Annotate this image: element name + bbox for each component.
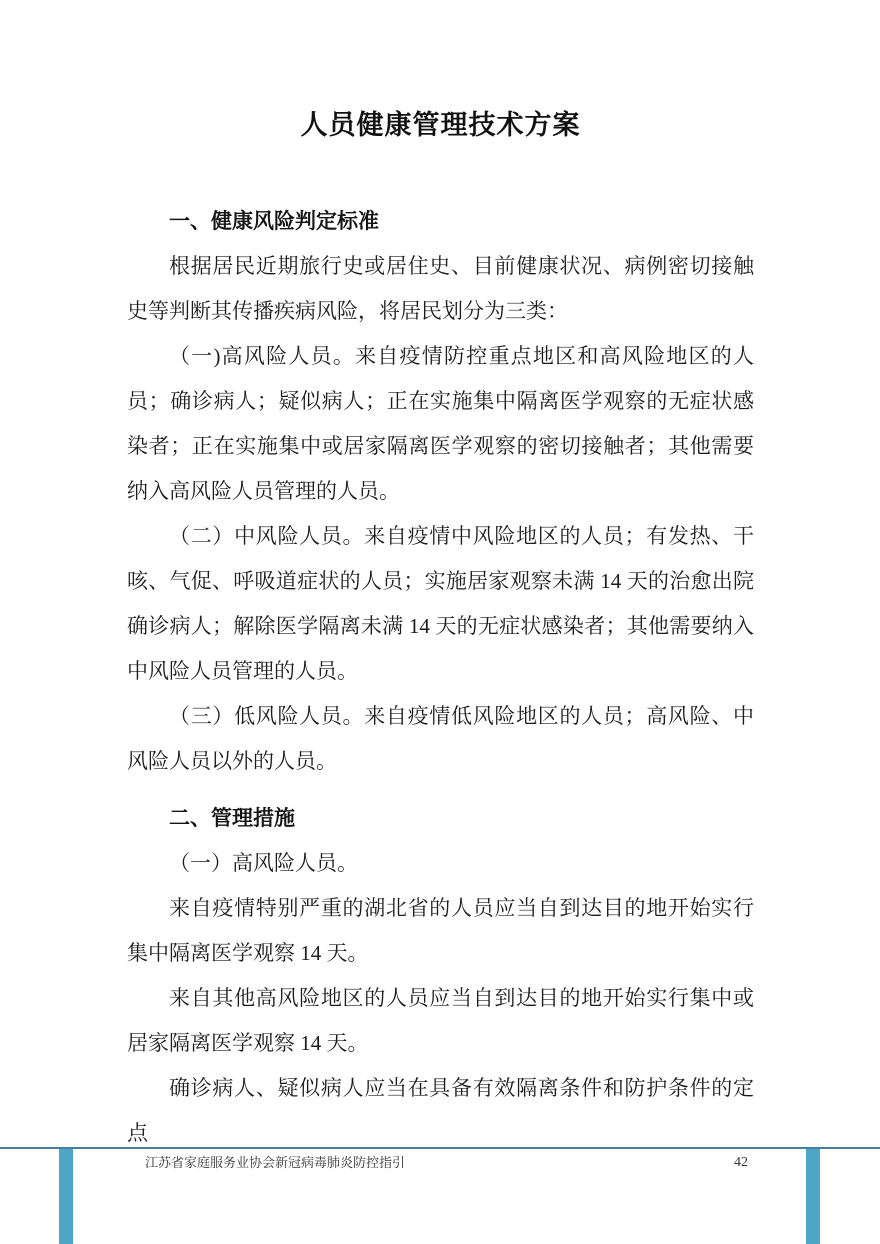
paragraph-medium-risk-definition: （二）中风险人员。来自疫情中风险地区的人员；有发热、干咳、气促、呼吸道症状的人员…	[127, 514, 754, 694]
document-page: 人员健康管理技术方案 一、健康风险判定标准 根据居民近期旅行史或居住史、目前健康…	[0, 0, 880, 1244]
footer-separator-rule	[0, 1147, 880, 1149]
right-accent-bar	[806, 1149, 820, 1244]
footer-page-number: 42	[700, 1154, 748, 1172]
paragraph-low-risk-definition: （三）低风险人员。来自疫情低风险地区的人员；高风险、中风险人员以外的人员。	[127, 694, 754, 784]
document-title: 人员健康管理技术方案	[127, 103, 754, 148]
paragraph-confirmed-patients: 确诊病人、疑似病人应当在具备有效隔离条件和防护条件的定点	[127, 1066, 754, 1156]
left-accent-bar	[59, 1149, 73, 1244]
footer-document-title: 江苏省家庭服务业协会新冠病毒肺炎防控指引	[145, 1154, 405, 1172]
paragraph-other-high-risk-quarantine: 来自其他高风险地区的人员应当自到达目的地开始实行集中或居家隔离医学观察 14 天…	[127, 976, 754, 1066]
document-body: 人员健康管理技术方案 一、健康风险判定标准 根据居民近期旅行史或居住史、目前健康…	[127, 103, 754, 1156]
paragraph-high-risk-label: （一）高风险人员。	[127, 841, 754, 886]
section-heading-management-measures: 二、管理措施	[127, 796, 754, 841]
paragraph-hubei-quarantine: 来自疫情特别严重的湖北省的人员应当自到达目的地开始实行集中隔离医学观察 14 天…	[127, 886, 754, 976]
section-heading-risk-criteria: 一、健康风险判定标准	[127, 199, 754, 244]
paragraph-high-risk-definition: （一)高风险人员。来自疫情防控重点地区和高风险地区的人员；确诊病人；疑似病人；正…	[127, 334, 754, 514]
paragraph-risk-intro: 根据居民近期旅行史或居住史、目前健康状况、病例密切接触史等判断其传播疾病风险，将…	[127, 244, 754, 334]
